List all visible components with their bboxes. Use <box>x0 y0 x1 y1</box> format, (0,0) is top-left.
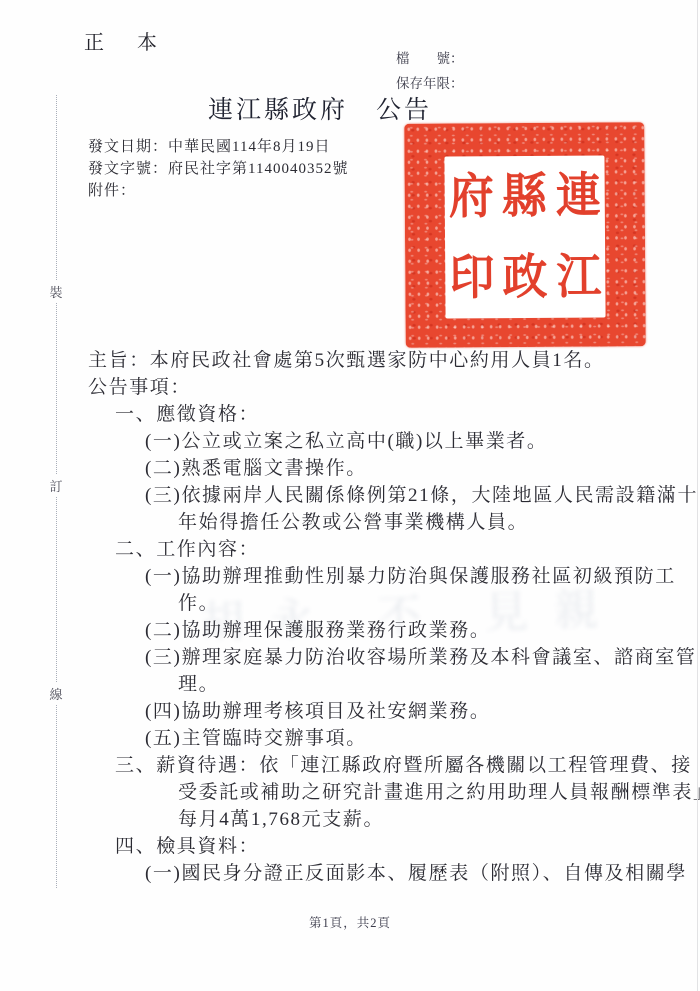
seal-column-middle: 縣 政 <box>498 156 552 318</box>
body-line: 公告事項： <box>88 374 650 401</box>
body-line: (五)主管臨時交辦事項。 <box>88 725 650 752</box>
body-line: 理。 <box>88 671 650 698</box>
body-line: 受委託或補助之研究計畫進用之約用助理人員報酬標準表」 <box>88 779 650 806</box>
page-number: 第1頁，共2頁 <box>0 913 700 931</box>
body-line: (一)公立或立案之私立高中(職)以上畢業者。 <box>88 428 650 455</box>
subject-line: 主旨：本府民政社會處第5次甄選家防中心約用人員1名。 <box>88 347 650 374</box>
file-number-block: 檔 號： 保存年限： <box>396 46 464 96</box>
body-line: (二)協助辦理保護服務業務行政業務。 <box>88 617 650 644</box>
seal-column-left: 府 印 <box>444 156 498 318</box>
seal-inner-face: 連 江 縣 政 府 印 <box>444 155 605 318</box>
seal-char: 印 <box>444 233 499 322</box>
body-line: 一、應徵資格： <box>88 401 650 428</box>
seal-char: 江 <box>551 232 606 321</box>
document-number: 發文字號：府民社字第1140040352號 <box>88 158 348 180</box>
seal-char: 政 <box>498 233 553 322</box>
body-line: (二)熟悉電腦文書操作。 <box>88 455 650 482</box>
seal-char: 縣 <box>497 152 552 241</box>
copy-type-label: 正 本 <box>84 26 171 55</box>
body-line: (一)協助辦理推動性別暴力防治與保護服務社區初級預防工 <box>88 563 650 590</box>
body-line: 作。 <box>88 590 650 617</box>
seal-char: 連 <box>551 151 606 240</box>
seal-column-right: 連 江 <box>551 155 605 317</box>
binding-char-xian: 線 <box>48 682 64 705</box>
document-meta: 發文日期：中華民國114年8月19日 發文字號：府民社字第1140040352號… <box>88 136 348 202</box>
binding-char-ding: 訂 <box>48 474 64 497</box>
body-line: (一)國民身分證正反面影本、履歷表（附照）、自傳及相關學 <box>88 860 650 887</box>
file-number-label: 檔 號： <box>396 46 464 71</box>
body-line: 年始得擔任公教或公營事業機構人員。 <box>88 509 650 536</box>
announcement-body: 主旨：本府民政社會處第5次甄選家防中心約用人員1名。 公告事項： 一、應徵資格：… <box>88 347 650 887</box>
body-line: 每月4萬1,768元支薪。 <box>88 806 650 833</box>
issue-date: 發文日期：中華民國114年8月19日 <box>88 136 348 158</box>
body-line: 三、薪資待遇：依「連江縣政府暨所屬各機關以工程管理費、接 <box>88 752 650 779</box>
binding-char-zhuang: 裝 <box>48 280 64 303</box>
body-line: 四、檢具資料： <box>88 833 650 860</box>
body-line: (三)辦理家庭暴力防治收容場所業務及本科會議室、諮商室管 <box>88 644 650 671</box>
body-line: (四)協助辦理考核項目及社安網業務。 <box>88 698 650 725</box>
official-seal: 連 江 縣 政 府 印 <box>404 122 646 348</box>
scan-edge-line <box>697 0 698 991</box>
body-line: 二、工作內容： <box>88 536 650 563</box>
body-line: (三)依據兩岸人民關係條例第21條，大陸地區人民需設籍滿十 <box>88 482 650 509</box>
document-title: 連江縣政府 公告 <box>0 90 640 126</box>
attachment-label: 附件： <box>88 180 348 202</box>
seal-char: 府 <box>444 152 499 241</box>
document-page: 正 本 檔 號： 保存年限： 連江縣政府 公告 發文日期：中華民國114年8月1… <box>0 0 700 991</box>
